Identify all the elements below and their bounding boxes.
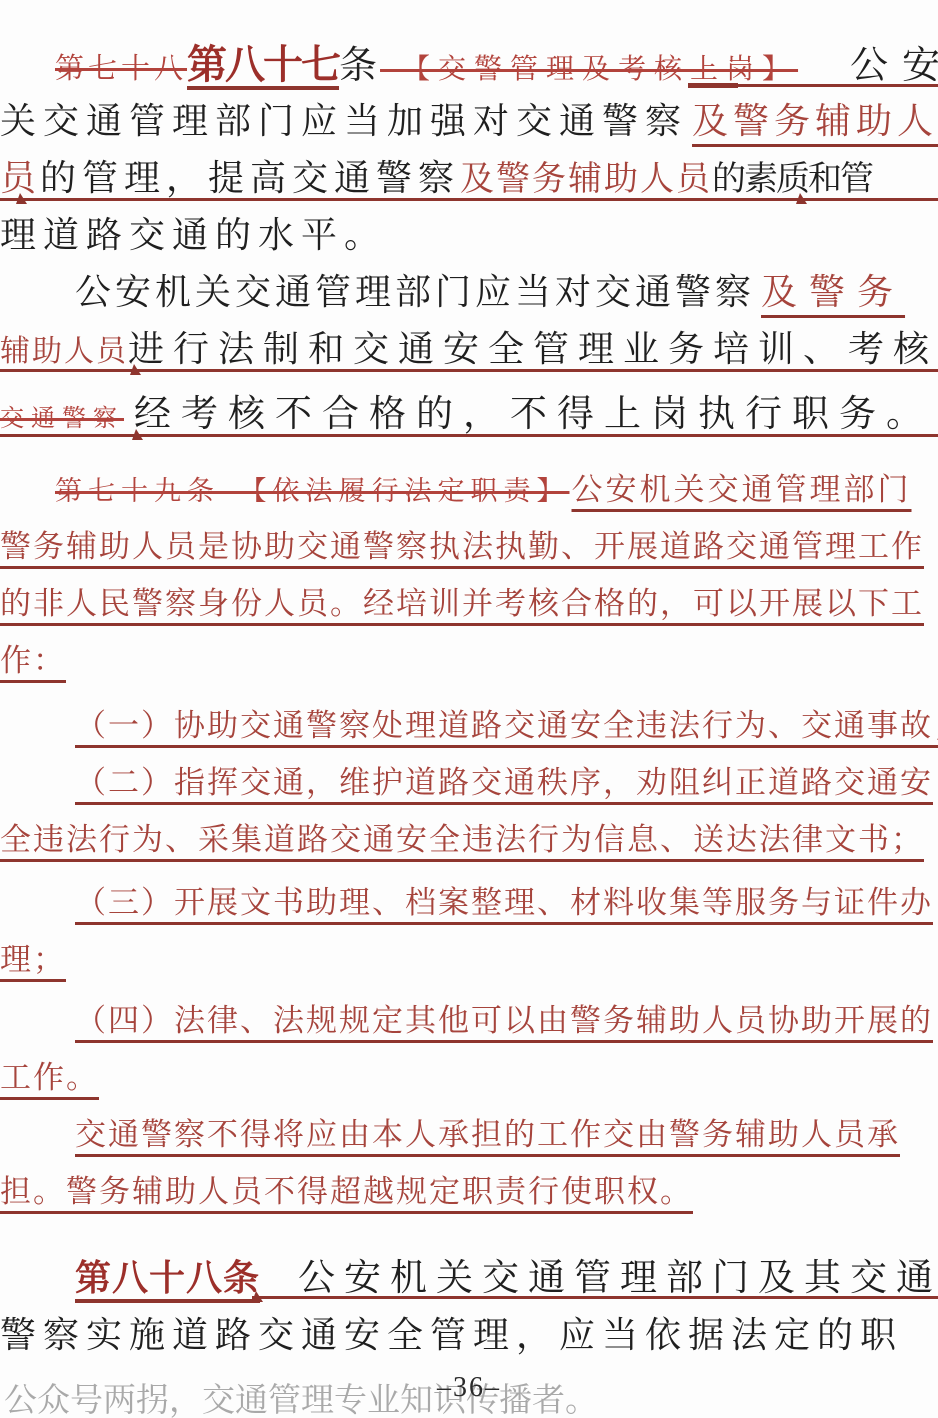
inserted-text: 理； [0, 942, 66, 977]
deleted-article-number: 第七十八 [55, 53, 187, 85]
original-text: 进行法制和交通安全管理业务培训、考核 [128, 329, 938, 369]
doc-line: 交通警察经考核不合格的，不得上岗执行职务。 [0, 386, 938, 443]
article-88-heading-line: 第八十八条公安机关交通管理部门及其交通 [0, 1250, 938, 1307]
revision-caret-icon [16, 193, 27, 204]
revision-caret-icon [132, 429, 143, 440]
inserted-text: 担。警务辅助人员不得超越规定职责行使职权。 [0, 1174, 693, 1209]
inserted-text: （三）开展文书助理、档案整理、材料收集等服务与证件办 [75, 885, 933, 920]
document-body: 第七十八第八十七条 【交警管理及考核上岗】公安机 关交通管理部门应当加强对交通警… [0, 0, 938, 1364]
list-item-4-cont: 工作。 [0, 1049, 938, 1106]
original-text: 理道路交通的水平。 [0, 215, 387, 255]
inserted-text: 辅助人员 [0, 335, 128, 368]
inserted-text: 全违法行为、采集道路交通安全违法行为信息、送达法律文书； [0, 822, 924, 857]
article-79-heading-line: 第七十九条 【依法履行法定职责】公安机关交通管理部门 [0, 461, 938, 518]
list-item-3: （三）开展文书助理、档案整理、材料收集等服务与证件办 [0, 874, 938, 931]
doc-line: 员的管理，提高交通警察及警务辅助人员的素质和管 [0, 150, 938, 207]
inserted-text: （一）协助交通警察处理道路交通安全违法行为、交通事故； [75, 708, 938, 743]
list-item-4: （四）法律、法规规定其他可以由警务辅助人员协助开展的 [0, 992, 938, 1049]
article-87-heading-line: 第七十八第八十七条 【交警管理及考核上岗】公安机 [0, 36, 938, 93]
article-suffix: 条 [339, 45, 380, 87]
revision-caret-icon [796, 193, 807, 204]
doc-line: 的非人民警察身份人员。经培训并考核合格的，可以开展以下工 [0, 575, 938, 632]
inserted-text: 及警务辅助人 [692, 101, 938, 141]
inserted-text: 交通警察不得将应由本人承担的工作交由警务辅助人员承 [75, 1117, 900, 1152]
doc-line: 警察实施道路交通安全管理，应当依据法定的职 [0, 1307, 938, 1364]
list-item-1: （一）协助交通警察处理道路交通安全违法行为、交通事故； [0, 697, 938, 754]
original-text: 关交通管理部门应当加强对交通警察 [0, 101, 688, 141]
original-text: 警察实施道路交通安全管理，应当依据法定的职 [0, 1315, 903, 1355]
list-item-2: （二）指挥交通，维护道路交通秩序，劝阻纠正道路交通安 [0, 754, 938, 811]
revision-underline-rule [688, 83, 738, 88]
deleted-article-heading: 第七十九条 【依法履行法定职责】 [55, 476, 570, 506]
inserted-text: （四）法律、法规规定其他可以由警务辅助人员协助开展的 [75, 1003, 933, 1038]
document-page: 第七十八第八十七条 【交警管理及考核上岗】公安机 关交通管理部门应当加强对交通警… [0, 0, 938, 1418]
inserted-text: 作： [0, 643, 66, 678]
doc-line: 交通警察不得将应由本人承担的工作交由警务辅助人员承 [0, 1106, 938, 1163]
inserted-text: 及警务辅助人员 [460, 161, 712, 198]
inserted-text: 及警务 [761, 272, 905, 312]
original-text: 的素质和管 [712, 161, 872, 198]
doc-line: 辅助人员进行法制和交通安全管理业务培训、考核 [0, 321, 938, 378]
revision-caret-icon [130, 364, 141, 375]
doc-line: 公安机关交通管理部门应当对交通警察及警务 [0, 264, 938, 321]
doc-line: 担。警务辅助人员不得超越规定职责行使职权。 [0, 1163, 938, 1220]
original-text: 经考核不合格的，不得上岗执行职务。 [134, 394, 933, 435]
list-item-2-cont: 全违法行为、采集道路交通安全违法行为信息、送达法律文书； [0, 811, 938, 868]
deleted-article-title: 【交警管理及考核上岗】 [380, 54, 798, 85]
inserted-text: 公安机关交通管理部门 [572, 472, 912, 507]
doc-line: 关交通管理部门应当加强对交通警察及警务辅助人 [0, 93, 938, 150]
original-text: 公安机关交通管理部门及其交通 [298, 1258, 938, 1299]
inserted-text: 的非人民警察身份人员。经培训并考核合格的，可以开展以下工 [0, 586, 924, 621]
watermark-text: 公众号两拐，交通管理专业知识传播者。 [4, 1374, 598, 1418]
list-item-3-cont: 理； [0, 931, 938, 988]
inserted-article-number: 第八十七 [187, 42, 339, 87]
inserted-article-number: 第八十八条 [75, 1258, 260, 1298]
doc-line: 作： [0, 632, 938, 689]
inserted-text: 警务辅助人员是协助交通警察执法执勤、开展道路交通管理工作 [0, 529, 924, 564]
inserted-text: （二）指挥交通，维护道路交通秩序，劝阻纠正道路交通安 [75, 765, 933, 800]
inserted-text: 工作。 [0, 1060, 99, 1095]
doc-line: 警务辅助人员是协助交通警察执法执勤、开展道路交通管理工作 [0, 518, 938, 575]
original-text: 公安机 [850, 45, 938, 87]
original-text: 的管理，提高交通警察 [40, 158, 460, 198]
inserted-text: 员 [0, 158, 40, 198]
page-number: –36– [437, 1372, 501, 1404]
deleted-text: 交通警察 [0, 406, 124, 432]
doc-line: 理道路交通的水平。 [0, 207, 938, 264]
revision-caret-icon [252, 1291, 263, 1302]
revision-underline-rule [252, 1296, 938, 1299]
original-text: 公安机关交通管理部门应当对交通警察 [75, 272, 755, 312]
